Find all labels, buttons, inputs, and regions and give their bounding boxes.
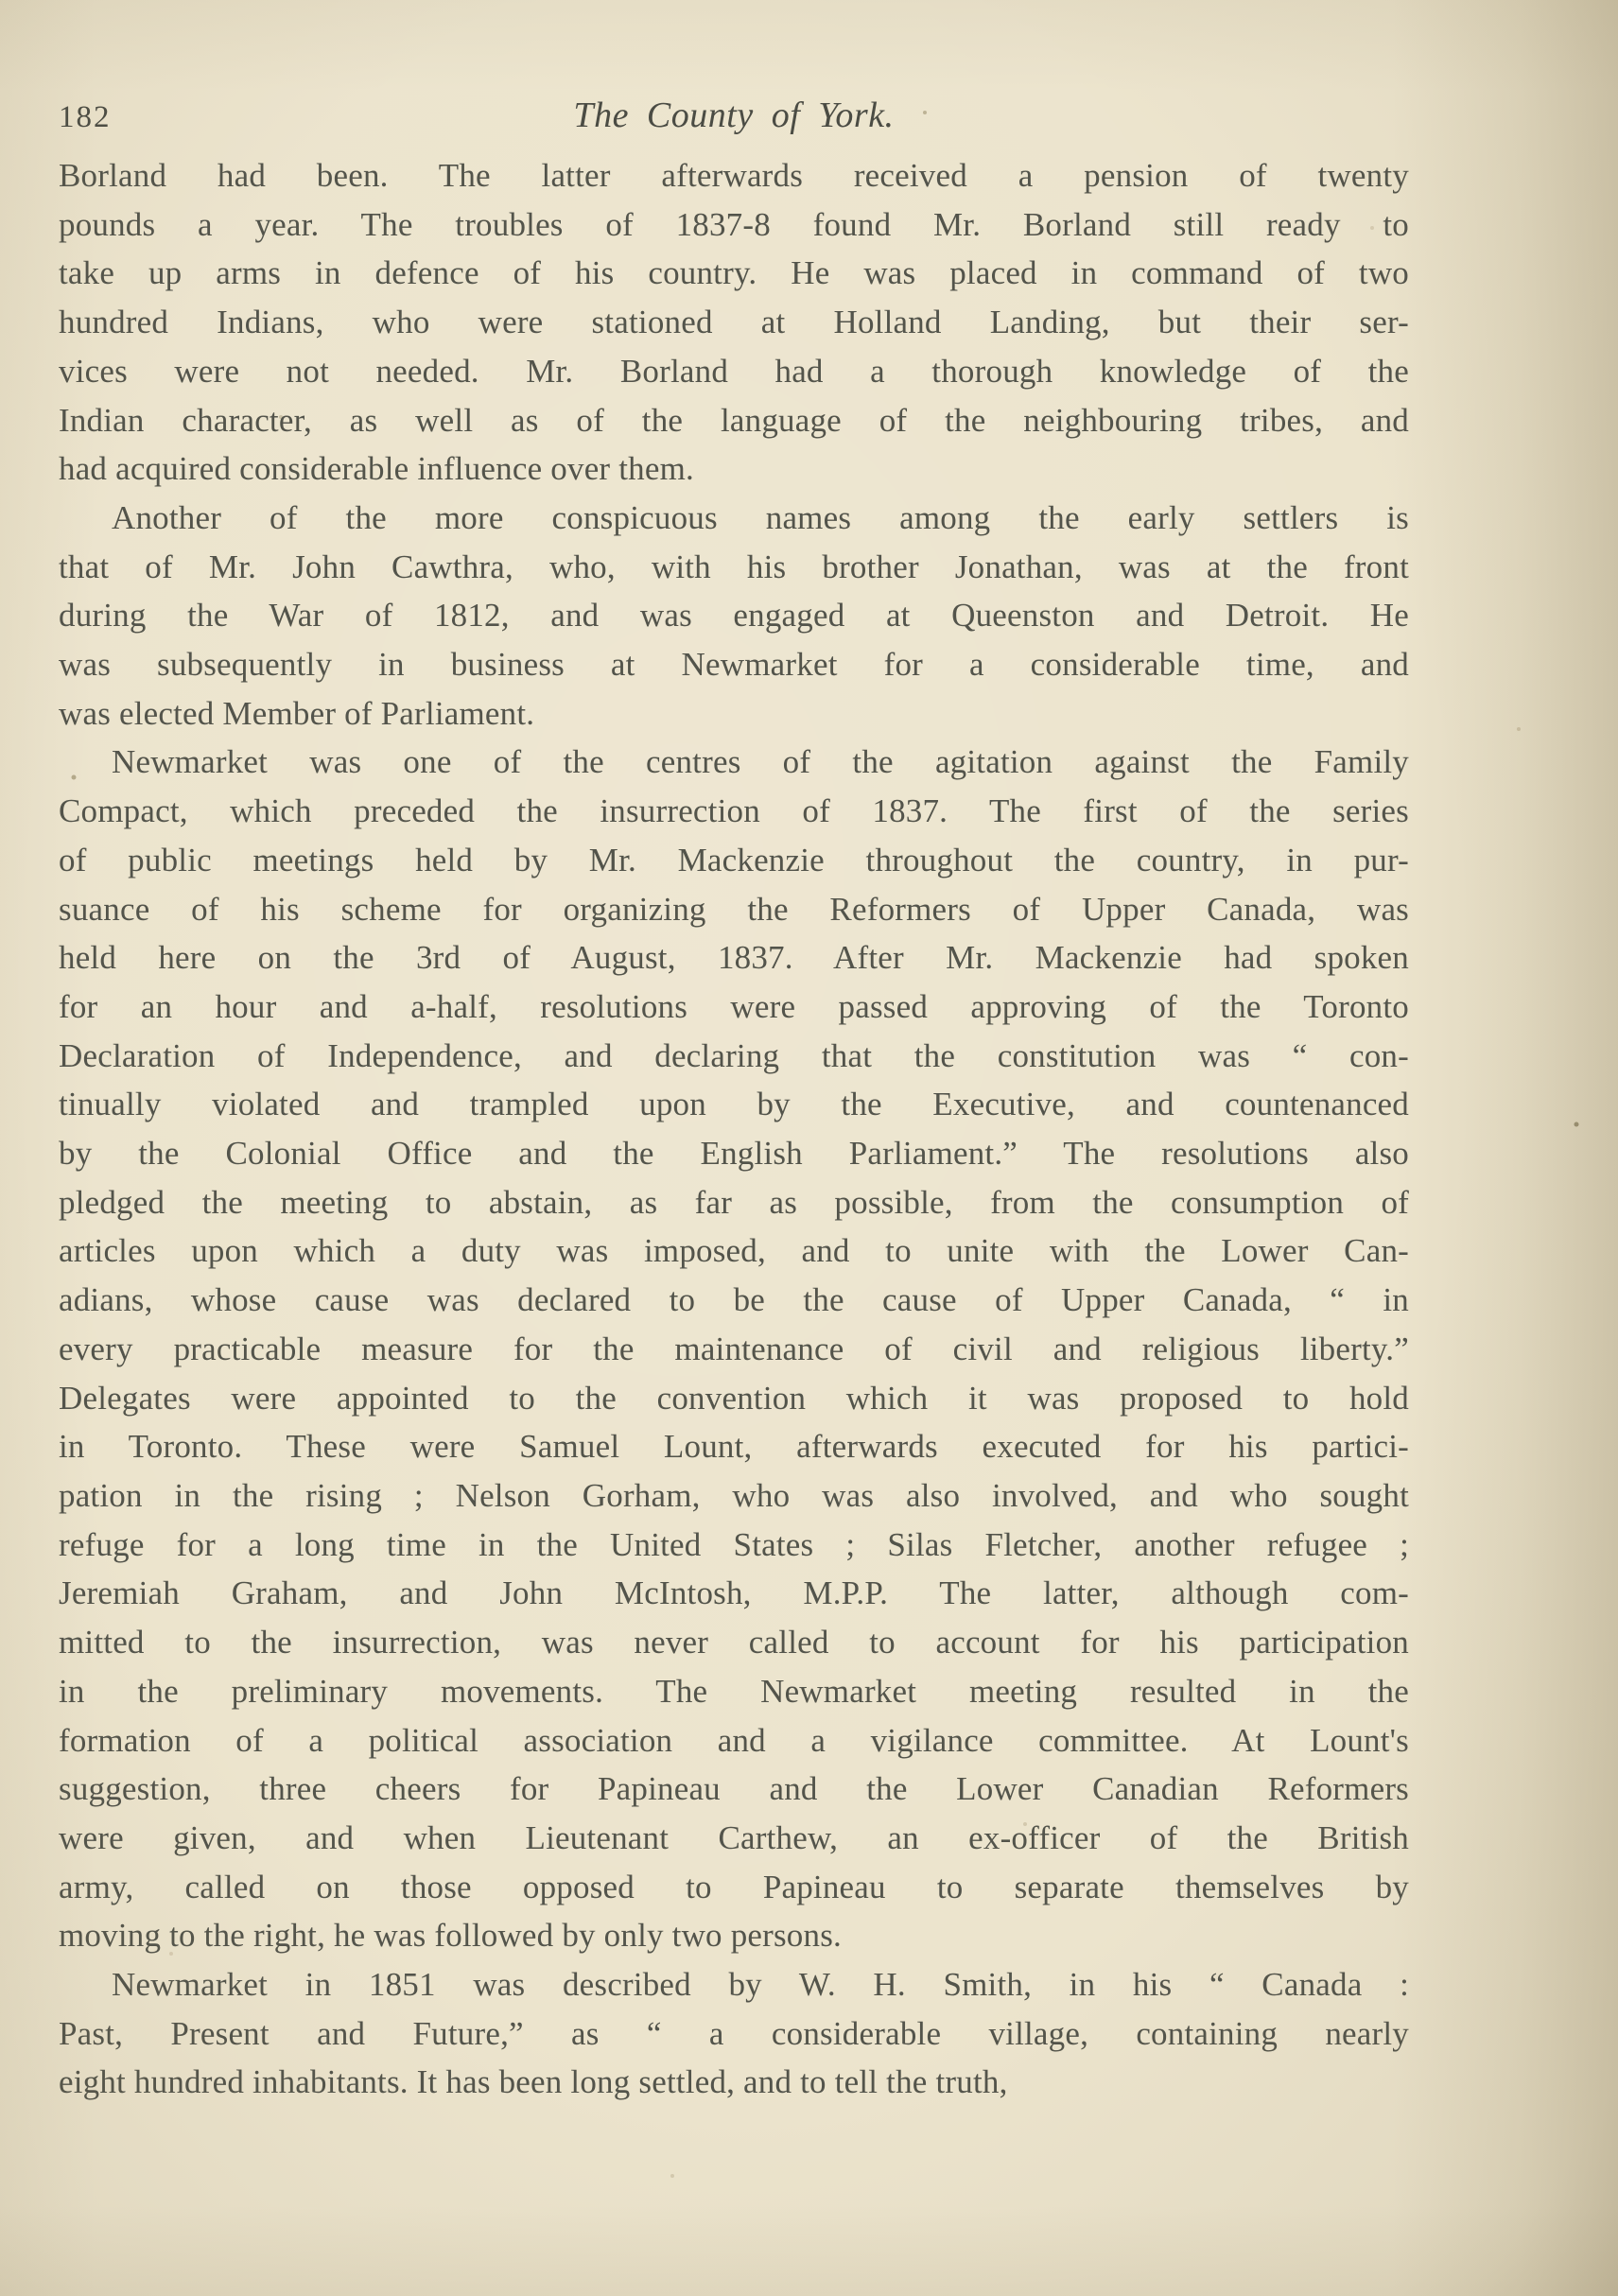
running-head: 182 The County of York. (59, 95, 1409, 144)
text-line: suance of his scheme for organizing the … (59, 885, 1409, 934)
text-line: formation of a political association and… (59, 1716, 1409, 1765)
text-line: in the preliminary movements. The Newmar… (59, 1667, 1409, 1716)
text-line: pounds a year. The troubles of 1837-8 fo… (59, 200, 1409, 250)
text-line: hundred Indians, who were stationed at H… (59, 298, 1409, 347)
text-line: refuge for a long time in the United Sta… (59, 1521, 1409, 1570)
paragraph: Newmarket in 1851 was described by W. H.… (59, 1960, 1409, 2107)
page-number: 182 (59, 100, 112, 135)
text-line: by the Colonial Office and the English P… (59, 1129, 1409, 1178)
text-line: was elected Member of Parliament. (59, 689, 1409, 739)
text-line: had acquired considerable influence over… (59, 444, 1409, 494)
text-line: held here on the 3rd of August, 1837. Af… (59, 933, 1409, 983)
text-line: Newmarket was one of the centres of the … (59, 738, 1409, 787)
text-line: vices were not needed. Mr. Borland had a… (59, 347, 1409, 396)
text-line: that of Mr. John Cawthra, who, with his … (59, 543, 1409, 592)
text-line: pledged the meeting to abstain, as far a… (59, 1178, 1409, 1227)
page-body: Borland had been. The latter afterwards … (59, 151, 1409, 2107)
text-line: Past, Present and Future,” as “ a consid… (59, 2009, 1409, 2059)
text-line: suggestion, three cheers for Papineau an… (59, 1765, 1409, 1814)
text-line: of public meetings held by Mr. Mackenzie… (59, 836, 1409, 885)
paragraph: Newmarket was one of the centres of the … (59, 738, 1409, 1960)
text-line: adians, whose cause was declared to be t… (59, 1276, 1409, 1325)
running-head-title: The County of York. (573, 95, 894, 136)
text-line: in Toronto. These were Samuel Lount, aft… (59, 1422, 1409, 1471)
paragraph: Borland had been. The latter afterwards … (59, 151, 1409, 494)
text-line: eight hundred inhabitants. It has been l… (59, 2058, 1409, 2107)
text-line: for an hour and a-half, resolutions were… (59, 983, 1409, 1032)
text-line: Jeremiah Graham, and John McIntosh, M.P.… (59, 1569, 1409, 1618)
text-line: army, called on those opposed to Papinea… (59, 1863, 1409, 1912)
text-line: Compact, which preceded the insurrection… (59, 787, 1409, 836)
text-line: Declaration of Independence, and declari… (59, 1032, 1409, 1081)
text-line: mitted to the insurrection, was never ca… (59, 1618, 1409, 1667)
text-line: Delegates were appointed to the conventi… (59, 1374, 1409, 1423)
paragraph: Another of the more conspicuous names am… (59, 494, 1409, 739)
text-line: Newmarket in 1851 was described by W. H.… (59, 1960, 1409, 2009)
text-line: every practicable measure for the mainte… (59, 1325, 1409, 1374)
text-line: were given, and when Lieutenant Carthew,… (59, 1814, 1409, 1863)
text-line: moving to the right, he was followed by … (59, 1911, 1409, 1960)
text-line: Borland had been. The latter afterwards … (59, 151, 1409, 200)
book-page: 182 The County of York. Borland had been… (0, 0, 1618, 2296)
text-line: was subsequently in business at Newmarke… (59, 640, 1409, 689)
text-line: during the War of 1812, and was engaged … (59, 591, 1409, 640)
text-line: tinually violated and trampled upon by t… (59, 1080, 1409, 1129)
text-line: Indian character, as well as of the lang… (59, 396, 1409, 445)
text-line: pation in the rising ; Nelson Gorham, wh… (59, 1471, 1409, 1521)
text-line: Another of the more conspicuous names am… (59, 494, 1409, 543)
text-line: take up arms in defence of his country. … (59, 249, 1409, 298)
text-line: articles upon which a duty was imposed, … (59, 1226, 1409, 1276)
